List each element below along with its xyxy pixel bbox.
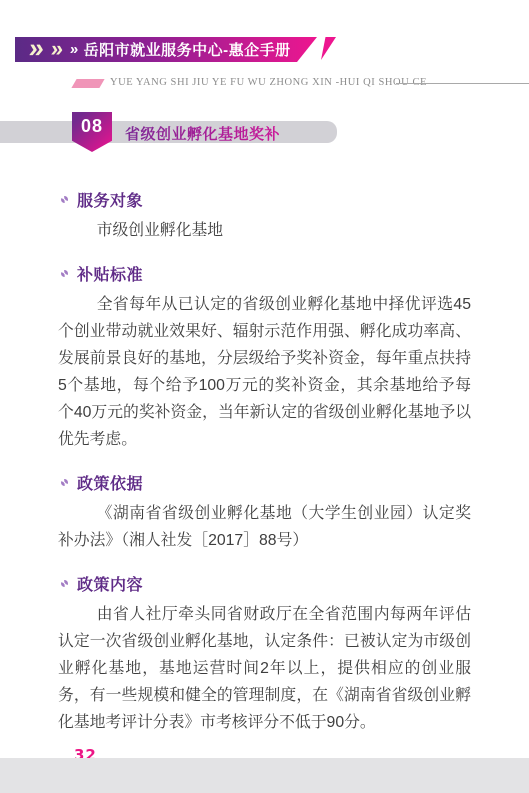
policy-content-text: 由省人社厅牵头同省财政厅在全省范围内每两年评估认定一次省级创业孵化基地，认定条件… [58, 601, 471, 736]
heading-subsidy-standard: 补贴标准 [61, 264, 471, 283]
section-number-badge: 08 [72, 112, 112, 152]
ring-bullet-icon [61, 196, 68, 203]
heading-policy-basis: 政策依据 [61, 473, 471, 492]
handbook-title-pinyin: YUE YANG SHI JIU YE FU WU ZHONG XIN -HUI… [110, 77, 427, 88]
banner-tail-icon [321, 37, 336, 60]
subsidy-standard-text: 全省每年从已认定的省级创业孵化基地中择优评选45个创业带动就业效果好、辐射示范作… [58, 291, 471, 453]
service-target-text: 市级创业孵化基地 [58, 217, 471, 244]
ring-bullet-icon [61, 580, 68, 587]
heading-service-target: 服务对象 [61, 190, 471, 209]
chevron-double-icon: » [28, 35, 46, 62]
footer-bar [0, 758, 529, 793]
pink-parallelogram-icon [71, 79, 104, 88]
page-content: 服务对象 市级创业孵化基地 补贴标准 全省每年从已认定的省级创业孵化基地中择优评… [58, 152, 471, 764]
section-header: 08 省级创业孵化基地奖补 [0, 112, 529, 152]
ring-bullet-icon [61, 479, 68, 486]
heading-policy-content: 政策内容 [61, 574, 471, 593]
subtitle-row: YUE YANG SHI JIU YE FU WU ZHONG XIN -HUI… [0, 77, 529, 91]
section-title: 省级创业孵化基地奖补 [125, 123, 280, 144]
ring-bullet-icon [61, 270, 68, 277]
header-banner: » » » 岳阳市就业服务中心-惠企手册 [15, 37, 317, 62]
heading-label: 政策内容 [77, 572, 143, 595]
heading-label: 政策依据 [77, 471, 143, 494]
chevron-double-icon: » [50, 38, 65, 60]
handbook-title: 岳阳市就业服务中心-惠企手册 [84, 39, 291, 60]
divider-line [396, 83, 529, 84]
heading-label: 服务对象 [77, 188, 143, 211]
chevron-double-icon: » [69, 42, 79, 57]
heading-label: 补贴标准 [77, 262, 143, 285]
policy-basis-text: 《湖南省省级创业孵化基地（大学生创业园）认定奖补办法》（湘人社发［2017］88… [58, 500, 471, 554]
